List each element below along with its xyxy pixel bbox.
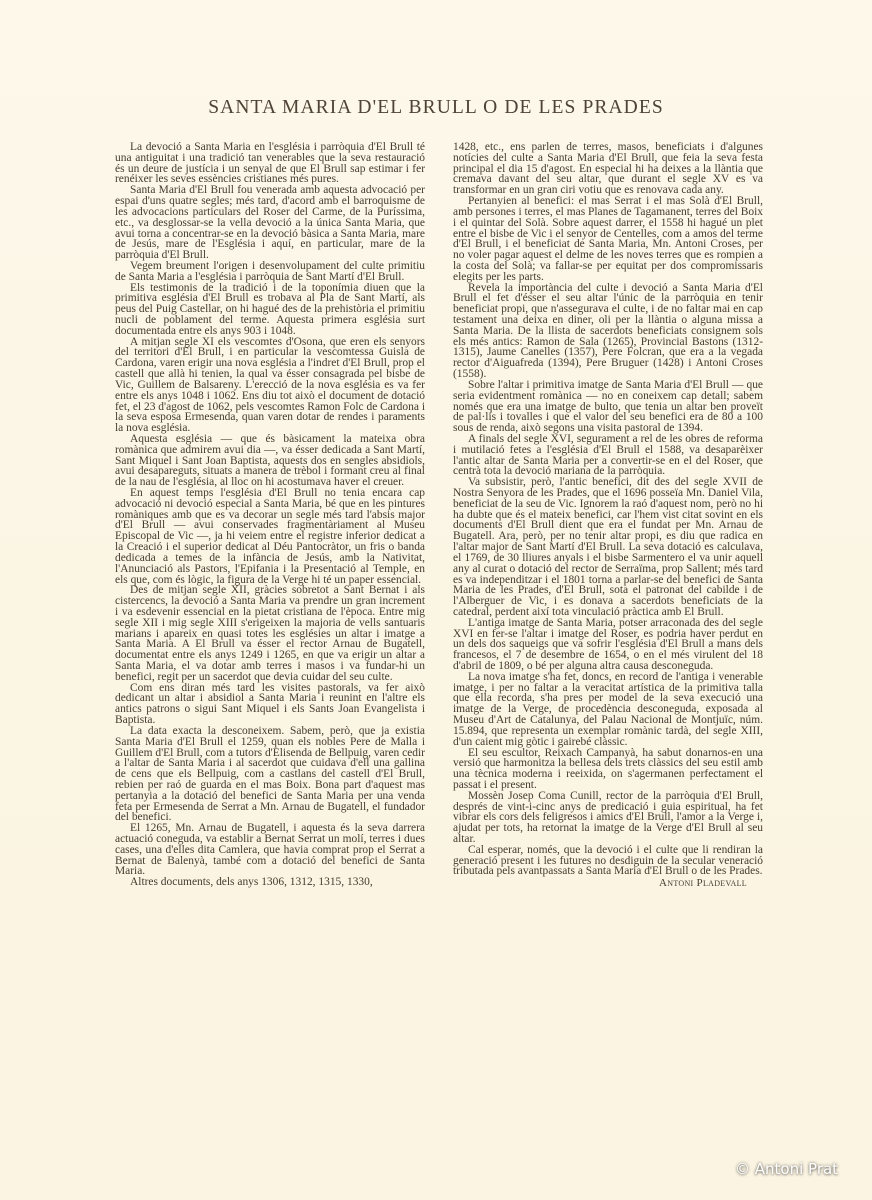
paragraph: El seu escultor, Reixach Campanyà, ha sa… — [453, 748, 763, 791]
paragraph: La nova imatge s'ha fet, doncs, en recor… — [453, 672, 763, 748]
paragraph: Els testimonis de la tradició i de la to… — [115, 283, 425, 337]
paragraph: A mitjan segle XI els vescomtes d'Osona,… — [115, 337, 425, 434]
right-column: 1428, etc., ens parlen de terres, masos,… — [453, 142, 763, 889]
page-title: SANTA MARIA D'EL BRULL O DE LES PRADES — [0, 97, 872, 119]
paragraph: A finals del segle XVI, segurament a rel… — [453, 434, 763, 477]
paragraph: Mossèn Josep Coma Cunill, rector de la p… — [453, 791, 763, 845]
paragraph: Vegem breument l'origen i desenvolupamen… — [115, 261, 425, 283]
paragraph-continued: 1428, etc., ens parlen de terres, masos,… — [453, 142, 763, 196]
paragraph: Santa Maria d'El Brull fou venerada amb … — [115, 185, 425, 261]
copyright-watermark: © Antoni Prat — [735, 1160, 838, 1178]
scanned-page: SANTA MARIA D'EL BRULL O DE LES PRADES L… — [0, 0, 872, 1200]
paragraph: Des de mitjan segle XII, gràcies sobreto… — [115, 585, 425, 682]
paragraph: Cal esperar, només, que la devoció i el … — [453, 845, 763, 877]
paragraph: Sobre l'altar i primitiva imatge de Sant… — [453, 380, 763, 434]
paragraph: L'antiga imatge de Santa Maria, potser a… — [453, 618, 763, 672]
paragraph: Va subsistir, però, l'antic benefici, di… — [453, 477, 763, 618]
author-signature: Antoni Pladevall — [453, 878, 763, 889]
paragraph: Aquesta església — que és bàsicament la … — [115, 434, 425, 488]
paragraph: Com ens diran més tard les visites pasto… — [115, 683, 425, 726]
paragraph: El 1265, Mn. Arnau de Bugatell, i aquest… — [115, 823, 425, 877]
paragraph: Altres documents, dels anys 1306, 1312, … — [115, 877, 425, 888]
paragraph: La devoció a Santa Maria en l'església i… — [115, 142, 425, 185]
left-column: La devoció a Santa Maria en l'església i… — [115, 142, 425, 888]
paragraph: La data exacta la desconeixem. Sabem, pe… — [115, 726, 425, 823]
paragraph: En aquest temps l'església d'El Brull no… — [115, 488, 425, 585]
paragraph: Pertanyien al benefici: el mas Serrat i … — [453, 196, 763, 283]
paragraph: Revela la importància del culte i devoci… — [453, 283, 763, 380]
